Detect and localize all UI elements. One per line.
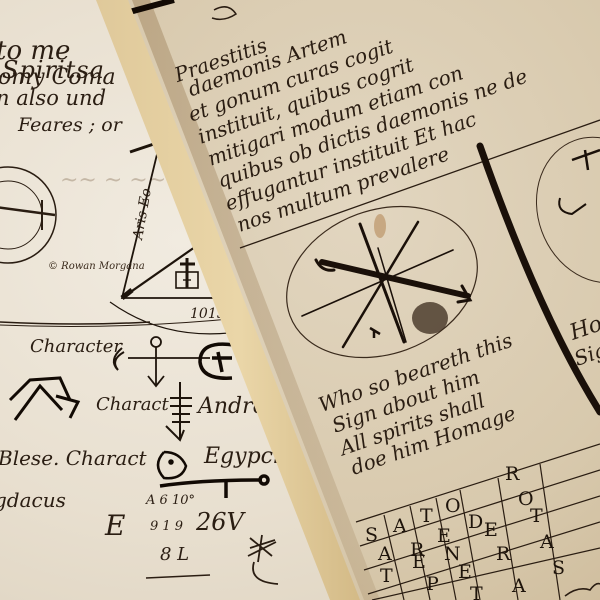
svg-text:E: E (484, 519, 498, 541)
star-crescent-sigil (248, 535, 278, 584)
svg-text:O: O (445, 495, 461, 517)
svg-text:A: A (539, 531, 554, 553)
ink-blot (412, 302, 448, 334)
crown-sigil (10, 378, 78, 420)
wax-stain (374, 214, 386, 238)
manuscript-photo: to me Spiritsa omy Coma n also und Feare… (0, 0, 600, 600)
svg-text:T: T (470, 583, 483, 600)
svg-text:D: D (468, 511, 483, 533)
svg-text:R: R (505, 463, 520, 485)
svg-text:T: T (530, 505, 543, 527)
arrow-sigil (128, 337, 210, 386)
svg-text:E: E (458, 561, 472, 583)
thick-ink-stroke (480, 146, 600, 412)
svg-text:A: A (377, 543, 392, 565)
svg-text:A: A (511, 575, 526, 597)
svg-text:S: S (552, 557, 565, 579)
sator-square-letters: S A T O R A R E D O T E N E T P E R A T (365, 463, 565, 600)
face-sigil (158, 452, 186, 478)
g-sigil (200, 344, 234, 378)
triangle-text: Aris Eo (130, 187, 155, 243)
svg-text:P: P (426, 573, 439, 595)
copyright-watermark: © Rowan Morgana (48, 261, 145, 272)
cross-seal (265, 181, 498, 383)
stacked-cross-sigil (166, 382, 192, 440)
svg-text:T: T (380, 565, 393, 587)
left-circular-seal (0, 167, 56, 263)
svg-text:A: A (392, 515, 407, 537)
svg-text:R: R (496, 543, 511, 565)
svg-text:E: E (412, 551, 426, 573)
moon-glyph (114, 348, 124, 370)
svg-text:S: S (365, 524, 378, 546)
svg-text:T: T (420, 505, 433, 527)
key-sigil (160, 476, 268, 498)
